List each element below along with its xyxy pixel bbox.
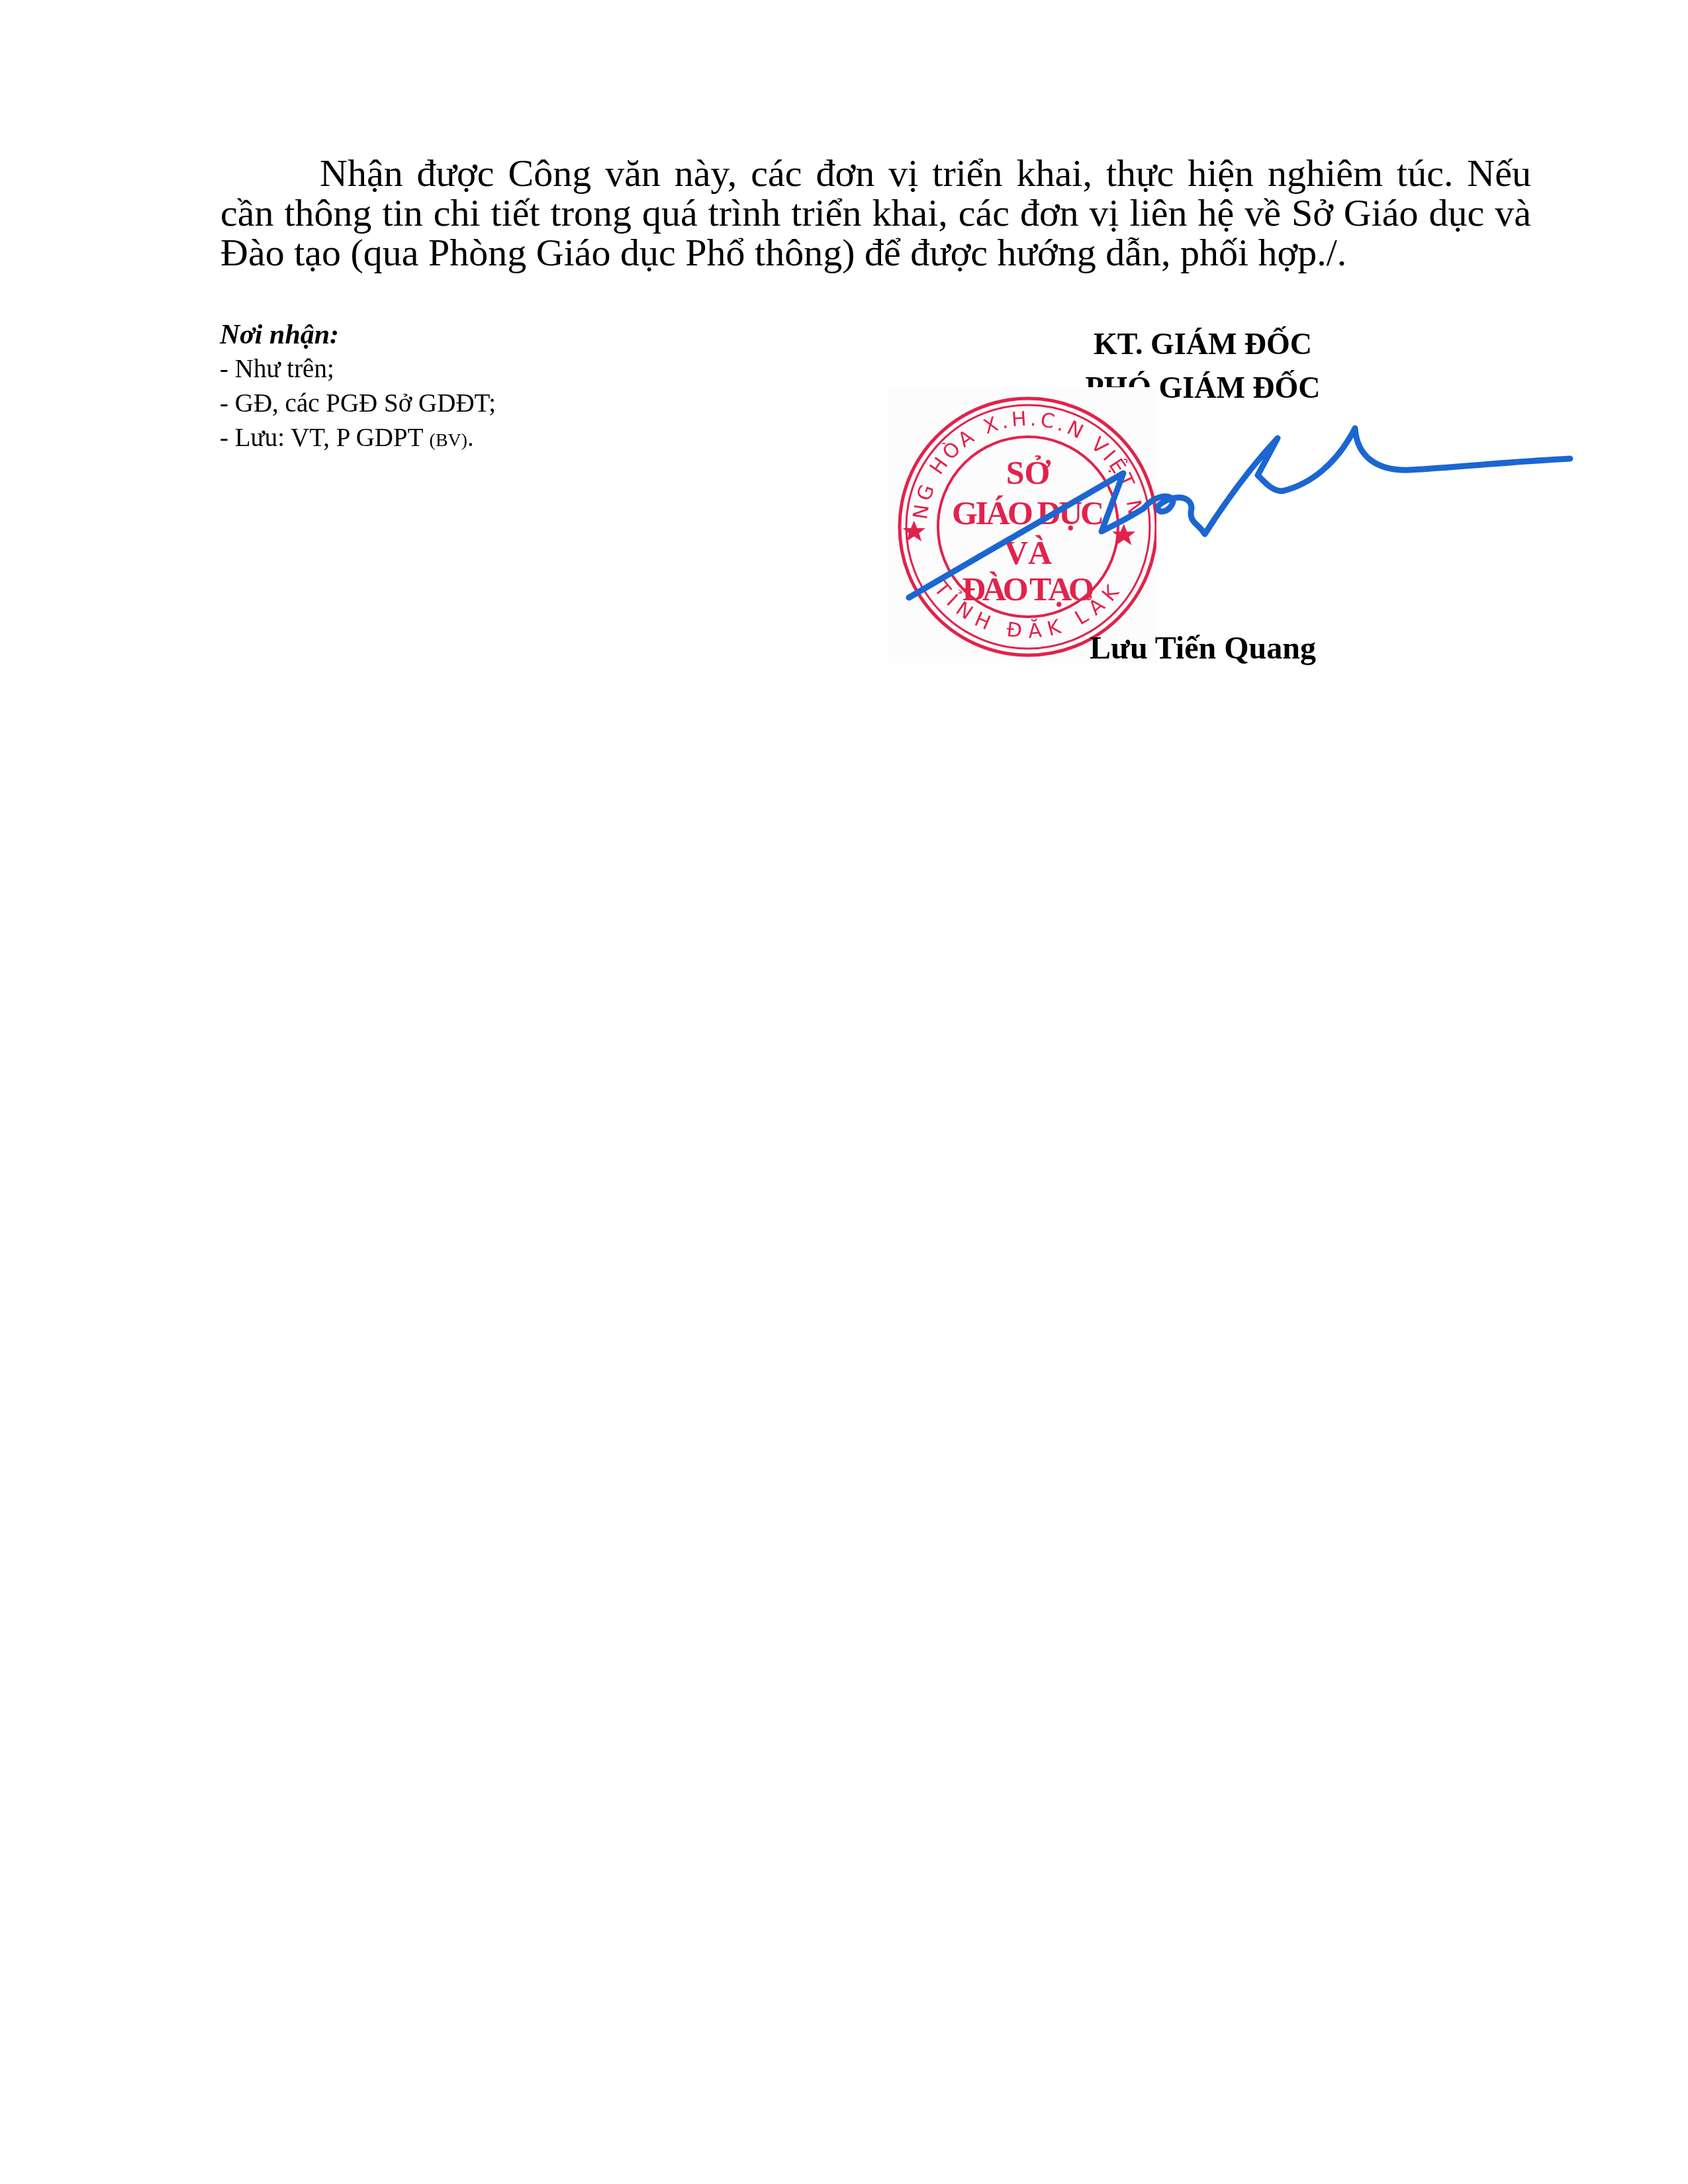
document-page: Nhận được Công văn này, các đơn vị triển…	[0, 0, 1688, 2184]
recipient-item: - Lưu: VT, P GDPT (BV).	[220, 421, 816, 458]
recipients-list: - Như trên; - GĐ, các PGĐ Sở GDĐT; - Lưu…	[220, 352, 816, 458]
seal-icon: CỘNG HÒA X.H.C.N VIỆT NAM TỈNH ĐĂK LĂK S…	[888, 387, 1156, 663]
closing-paragraph: Nhận được Công văn này, các đơn vị triển…	[220, 154, 1531, 273]
official-seal: CỘNG HÒA X.H.C.N VIỆT NAM TỈNH ĐĂK LĂK S…	[888, 387, 1156, 663]
recipient-item: - Như trên;	[220, 352, 816, 387]
recipient-item: - GĐ, các PGĐ Sở GDĐT;	[220, 387, 816, 421]
signer-name: Lưu Tiến Quang	[1004, 629, 1401, 668]
recipient-text: - GĐ, các PGĐ Sở GDĐT;	[220, 389, 496, 418]
recipient-text: - Lưu: VT, P GDPT	[220, 424, 430, 452]
recipients-section: Nơi nhận: - Như trên; - GĐ, các PGĐ Sở G…	[220, 319, 816, 458]
recipients-title: Nơi nhận:	[220, 319, 816, 352]
seal-line-3: VÀ	[1004, 534, 1052, 571]
recipient-end: .	[467, 424, 474, 452]
recipient-text: - Như trên;	[220, 355, 334, 383]
recipient-suffix: (BV)	[430, 430, 468, 451]
seal-line-4: ĐÀO TẠO	[962, 570, 1094, 608]
signer-authority: KT. GIÁM ĐỐC	[1004, 322, 1401, 366]
seal-line-1: SỞ	[1006, 454, 1051, 491]
seal-line-2: GIÁO DỤC	[952, 494, 1104, 531]
